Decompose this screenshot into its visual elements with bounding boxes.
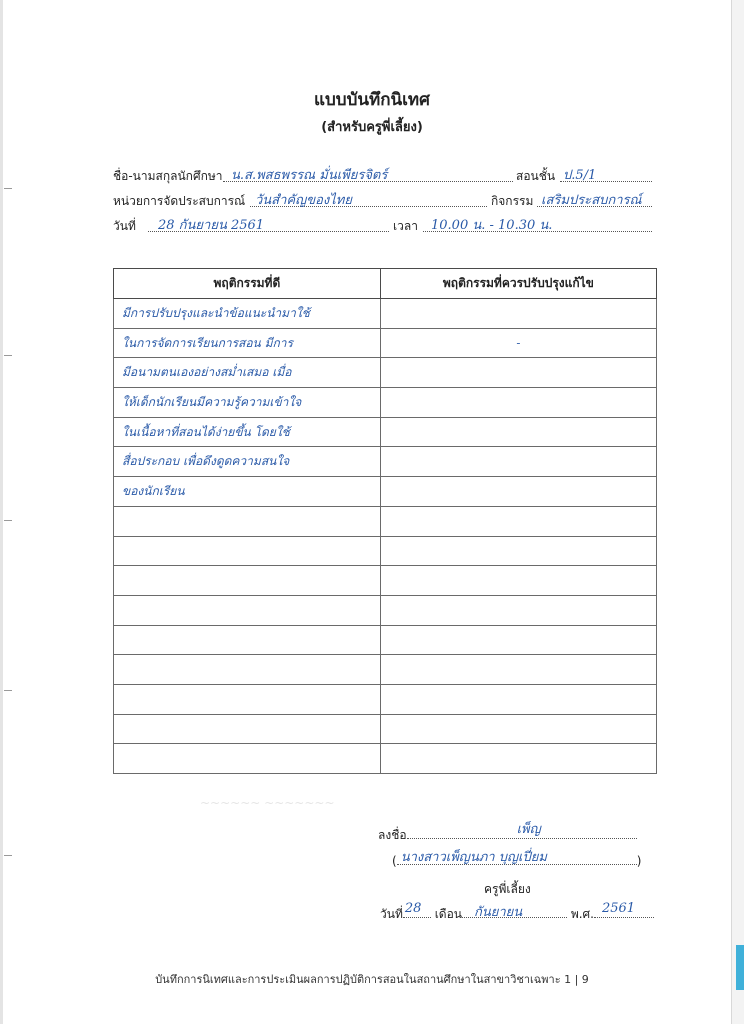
student-row: ชื่อ-นามสกุลนักศึกษา น.ส.พสธพรรณ มั่นเพี… (113, 165, 653, 185)
sign-value[interactable]: เพ็ญ (517, 818, 541, 839)
table-row (114, 506, 657, 536)
improvement-cell[interactable] (380, 566, 656, 596)
binding-mark (4, 355, 12, 356)
time-value[interactable]: 10.00 น. - 10.30 น. (431, 214, 552, 235)
improvement-cell[interactable] (380, 506, 656, 536)
binding-mark (4, 520, 12, 521)
table-row: มีการปรับปรุงและนำข้อแนะนำมาใช้ (114, 299, 657, 329)
time-label: เวลา (393, 217, 418, 236)
date-value[interactable]: 28 กันยายน 2561 (158, 214, 264, 235)
good-behavior-cell[interactable]: ในเนื้อหาที่สอนได้ง่ายขึ้น โดยใช้ (114, 417, 381, 447)
behavior-table: พฤติกรรมที่ดี พฤติกรรมที่ควรปรับปรุงแก้ไ… (113, 268, 657, 774)
improvement-cell[interactable] (380, 744, 656, 774)
table-row: สื่อประกอบ เพื่อดึงดูดความสนใจ (114, 447, 657, 477)
signature-line: ลงชื่อเพ็ญ (378, 826, 637, 845)
good-behavior-cell[interactable]: มีอนามตนเองอย่างสม่ำเสมอ เมื่อ (114, 358, 381, 388)
student-value[interactable]: น.ส.พสธพรรณ มั่นเพียรจิตร์ (231, 164, 387, 185)
unit-row: หน่วยการจัดประสบการณ์ วันสำคัญของไทย กิจ… (113, 190, 653, 210)
table-row: มีอนามตนเองอย่างสม่ำเสมอ เมื่อ (114, 358, 657, 388)
binding-mark (4, 855, 12, 856)
signer-role: ครูพี่เลี้ยง (484, 880, 531, 899)
table-row (114, 595, 657, 625)
improvement-cell[interactable] (380, 536, 656, 566)
sign-label: ลงชื่อ (378, 828, 407, 842)
sign-date-line: วันที่28 เดือนกันยายน พ.ศ.2561 (380, 905, 654, 924)
class-label: สอนชั้น (516, 167, 555, 186)
scan-right-edge (731, 0, 744, 1024)
table-row (114, 744, 657, 774)
table-row (114, 625, 657, 655)
binding-mark (4, 188, 12, 189)
good-behavior-cell[interactable]: สื่อประกอบ เพื่อดึงดูดความสนใจ (114, 447, 381, 477)
student-label: ชื่อ-นามสกุลนักศึกษา (113, 167, 222, 186)
good-behavior-cell[interactable] (114, 536, 381, 566)
improvement-cell[interactable] (380, 358, 656, 388)
signer-name-value[interactable]: นางสาวเพ็ญนภา บุญเปี่ยม (401, 846, 547, 867)
improvement-cell[interactable] (380, 477, 656, 507)
improvement-cell[interactable] (380, 714, 656, 744)
date-row: วันที่ 28 กันยายน 2561 เวลา 10.00 น. - 1… (113, 215, 653, 235)
month-label: เดือน (435, 907, 462, 921)
scan-left-edge (0, 0, 3, 1024)
good-behavior-cell[interactable] (114, 684, 381, 714)
table-header-row: พฤติกรรมที่ดี พฤติกรรมที่ควรปรับปรุงแก้ไ… (114, 269, 657, 299)
table-row: ในเนื้อหาที่สอนได้ง่ายขึ้น โดยใช้ (114, 417, 657, 447)
page-footer: บันทึกการนิเทศและการประเมินผลการปฏิบัติก… (0, 970, 744, 988)
good-behavior-cell[interactable]: ของนักเรียน (114, 477, 381, 507)
table-row: ในการจัดการเรียนการสอน มีการ- (114, 328, 657, 358)
header-good-behavior: พฤติกรรมที่ดี (114, 269, 381, 299)
name-close-paren: ) (637, 854, 642, 868)
sign-dotline: เพ็ญ (407, 826, 637, 839)
table-row: ของนักเรียน (114, 477, 657, 507)
year-dotline: 2561 (594, 905, 654, 918)
month-value[interactable]: กันยายน (474, 901, 522, 922)
year-label: พ.ศ. (571, 907, 594, 921)
improvement-cell[interactable] (380, 655, 656, 685)
improvement-cell[interactable] (380, 299, 656, 329)
table-row (114, 536, 657, 566)
good-behavior-cell[interactable] (114, 625, 381, 655)
good-behavior-cell[interactable] (114, 566, 381, 596)
date-label: วันที่ (113, 217, 136, 236)
year-value[interactable]: 2561 (602, 901, 635, 916)
improvement-cell[interactable] (380, 417, 656, 447)
form-title: แบบบันทึกนิเทศ (0, 86, 744, 113)
good-behavior-cell[interactable]: ในการจัดการเรียนการสอน มีการ (114, 328, 381, 358)
good-behavior-cell[interactable]: มีการปรับปรุงและนำข้อแนะนำมาใช้ (114, 299, 381, 329)
unit-label: หน่วยการจัดประสบการณ์ (113, 192, 245, 211)
improvement-cell[interactable] (380, 684, 656, 714)
table-row: ให้เด็กนักเรียนมีความรู้ความเข้าใจ (114, 388, 657, 418)
bleed-through-text: ~~~~~~ ~~~~~~~ (200, 796, 335, 810)
day-dotline: 28 (403, 905, 431, 918)
improvement-cell[interactable]: - (380, 328, 656, 358)
form-subtitle: (สำหรับครูพี่เลี้ยง) (0, 116, 744, 137)
table-row (114, 566, 657, 596)
good-behavior-cell[interactable] (114, 506, 381, 536)
signer-name-line: (นางสาวเพ็ญนภา บุญเปี่ยม) (392, 852, 641, 868)
table-row (114, 655, 657, 685)
good-behavior-cell[interactable] (114, 655, 381, 685)
improvement-cell[interactable] (380, 447, 656, 477)
improvement-cell[interactable] (380, 595, 656, 625)
header-needs-improvement: พฤติกรรมที่ควรปรับปรุงแก้ไข (380, 269, 656, 299)
good-behavior-cell[interactable] (114, 714, 381, 744)
good-behavior-cell[interactable] (114, 595, 381, 625)
month-dotline: กันยายน (462, 905, 567, 918)
day-label: วันที่ (380, 907, 403, 921)
day-value[interactable]: 28 (405, 901, 422, 916)
improvement-cell[interactable] (380, 388, 656, 418)
name-dotline: นางสาวเพ็ญนภา บุญเปี่ยม (397, 852, 637, 865)
unit-value[interactable]: วันสำคัญของไทย (255, 189, 352, 210)
activity-label: กิจกรรม (491, 192, 533, 211)
table-row (114, 684, 657, 714)
table-row (114, 714, 657, 744)
good-behavior-cell[interactable]: ให้เด็กนักเรียนมีความรู้ความเข้าใจ (114, 388, 381, 418)
improvement-cell[interactable] (380, 625, 656, 655)
class-value[interactable]: ป.5/1 (563, 164, 596, 185)
good-behavior-cell[interactable] (114, 744, 381, 774)
binding-mark (4, 690, 12, 691)
activity-value[interactable]: เสริมประสบการณ์ (541, 189, 642, 210)
